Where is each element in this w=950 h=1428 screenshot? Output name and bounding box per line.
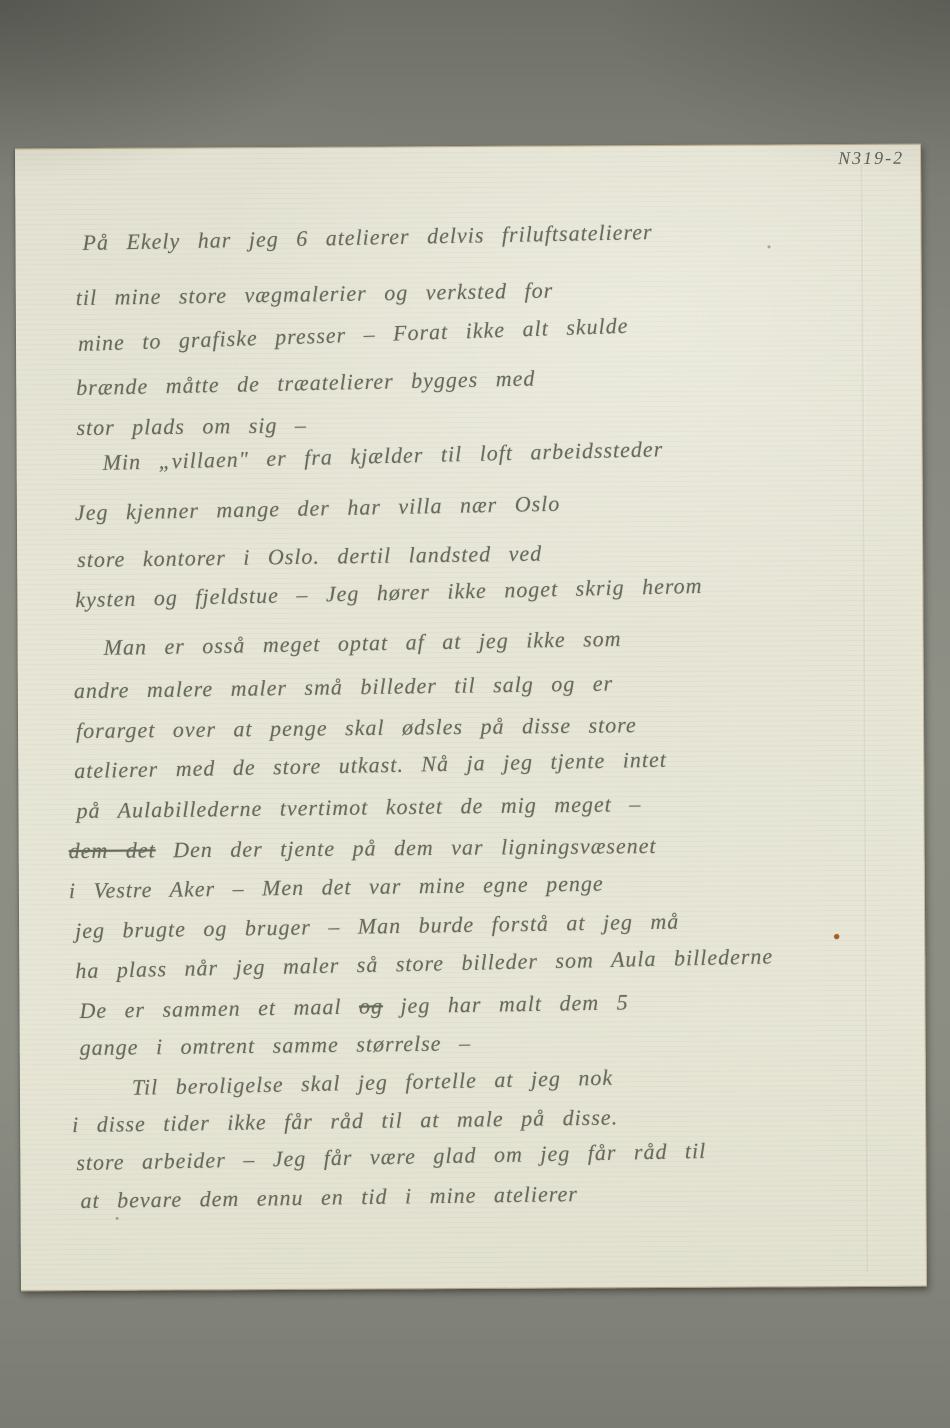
handwritten-line-20: gange i omtrent samme størrelse –: [80, 1028, 472, 1063]
catalog-number: N319-2: [838, 148, 904, 169]
handwritten-line-19: De er sammen et maal og jeg har malt dem…: [79, 987, 629, 1026]
line-text: ha plass når jeg maler så store billeder…: [75, 943, 773, 983]
letter-page: N319-2 På Ekely har jeg 6 atelierer delv…: [15, 144, 927, 1292]
line-text: Man er osså meget optat af at jeg ikke s…: [103, 626, 621, 660]
handwritten-line-18: ha plass når jeg maler så store billeder…: [75, 941, 773, 986]
line-text: Jeg kjenner mange der har villa nær Oslo: [75, 491, 561, 525]
line-text: På Ekely har jeg 6 atelierer delvis fril…: [82, 219, 652, 255]
line-text: til mine store vægmalerier og verksted f…: [76, 278, 554, 310]
handwritten-line-13: atelierer med de store utkast. Nå ja jeg…: [74, 745, 667, 786]
handwritten-line-11: andre malere maler små billeder til salg…: [74, 669, 614, 707]
line-text: i disse tider ikke får råd til at male p…: [72, 1104, 618, 1137]
handwritten-line-10: Man er osså meget optat af at jeg ikke s…: [103, 624, 621, 663]
backdrop: N319-2 På Ekely har jeg 6 atelierer delv…: [0, 0, 950, 1428]
handwritten-line-24: at bevare dem ennu en tid i mine atelier…: [80, 1179, 578, 1216]
handwritten-line-15: dem det Den der tjente på dem var lignin…: [69, 831, 657, 866]
line-text: stor plads om sig –: [76, 412, 307, 440]
handwritten-line-4: brænde måtte de træatelierer bygges med: [76, 363, 536, 403]
line-text: brænde måtte de træatelierer bygges med: [76, 365, 536, 400]
handwritten-line-22: i disse tider ikke får råd til at male p…: [72, 1102, 618, 1140]
line-text: De er sammen et maal: [79, 994, 359, 1023]
handwritten-line-1: På Ekely har jeg 6 atelierer delvis fril…: [82, 217, 653, 258]
handwritten-line-21: Til beroligelse skal jeg fortelle at jeg…: [132, 1063, 614, 1103]
handwritten-line-9: kysten og fjeldstue – Jeg hører ikke nog…: [75, 571, 703, 615]
line-text: andre malere maler små billeder til salg…: [74, 671, 614, 704]
line-text: på Aulabillederne tvertimot kostet de mi…: [76, 791, 641, 823]
paper-crease: [860, 165, 870, 1272]
handwritten-line-8: store kontorer i Oslo. dertil landsted v…: [77, 539, 542, 575]
paper-speck: [116, 1217, 119, 1220]
handwritten-line-3: mine to grafiske presser – Forat ikke al…: [78, 311, 629, 359]
handwritten-line-12: forarget over at penge skal ødsles på di…: [76, 710, 637, 746]
line-text: jeg brugte og bruger – Man burde forstå …: [75, 909, 680, 943]
line-text: gange i omtrent samme størrelse –: [80, 1030, 472, 1060]
line-text: store arbeider – Jeg får være glad om je…: [76, 1138, 706, 1175]
line-text: forarget over at penge skal ødsles på di…: [76, 712, 637, 743]
handwritten-line-23: store arbeider – Jeg får være glad om je…: [76, 1136, 707, 1178]
line-text: kysten og fjeldstue – Jeg hører ikke nog…: [75, 573, 703, 612]
struck-text: dem det: [69, 837, 156, 863]
handwritten-line-14: på Aulabillederne tvertimot kostet de mi…: [76, 789, 641, 826]
line-text: i Vestre Aker – Men det var mine egne pe…: [69, 871, 604, 903]
handwritten-line-2: til mine store vægmalerier og verksted f…: [76, 276, 554, 313]
line-text: mine to grafiske presser – Forat ikke al…: [78, 313, 629, 356]
line-text: at bevare dem ennu en tid i mine atelier…: [80, 1181, 578, 1213]
paper-speck: [768, 245, 771, 248]
struck-text: og: [359, 993, 383, 1018]
line-text: Min „villaen" er fra kjælder til loft ar…: [102, 436, 663, 475]
paper-speck: [834, 934, 839, 939]
handwritten-line-16: i Vestre Aker – Men det var mine egne pe…: [69, 869, 604, 906]
line-text: Den der tjente på dem var ligningsvæsene…: [156, 833, 657, 862]
handwritten-line-17: jeg brugte og bruger – Man burde forstå …: [75, 907, 680, 946]
line-text: atelierer med de store utkast. Nå ja jeg…: [74, 747, 667, 783]
line-text: Til beroligelse skal jeg fortelle at jeg…: [132, 1065, 614, 1100]
line-text: store kontorer i Oslo. dertil landsted v…: [77, 541, 542, 572]
line-text: jeg har malt dem 5: [383, 989, 629, 1018]
handwritten-line-7: Jeg kjenner mange der har villa nær Oslo: [75, 489, 561, 528]
handwriting-block: På Ekely har jeg 6 atelierer delvis fril…: [15, 145, 920, 150]
handwritten-line-5: stor plads om sig –: [76, 410, 307, 443]
